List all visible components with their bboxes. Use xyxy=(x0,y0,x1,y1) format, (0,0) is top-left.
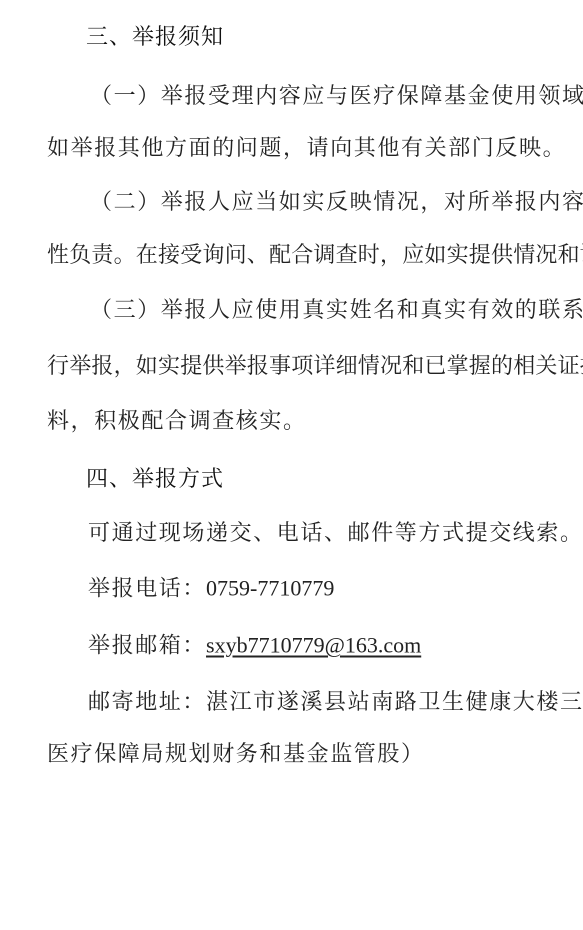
paragraph-line: 性负责。在接受询问、配合调查时，应如实提供情况和证据。 xyxy=(47,241,583,271)
phone-row: 举报电话：0759-7710779 xyxy=(88,574,334,605)
email-label: 举报邮箱： xyxy=(88,634,206,659)
paragraph-line: （二）举报人应当如实反映情况，对所举报内容的真实 xyxy=(90,188,583,218)
paragraph-line: 如举报其他方面的问题，请向其他有关部门反映。 xyxy=(47,134,566,164)
email-row: 举报邮箱：sxyb7710779@163.com xyxy=(88,631,421,662)
address-line: 邮寄地址：湛江市遂溪县站南路卫生健康大楼三楼（县 xyxy=(88,688,583,718)
section-heading-reporting-notice: 三、举报须知 xyxy=(86,23,224,53)
section-heading-reporting-methods: 四、举报方式 xyxy=(86,465,224,495)
email-link[interactable]: sxyb7710779@163.com xyxy=(206,633,421,658)
paragraph-line: （一）举报受理内容应与医疗保障基金使用领域相关。 xyxy=(90,82,583,112)
paragraph-line: 行举报，如实提供举报事项详细情况和已掌握的相关证据材 xyxy=(47,352,583,382)
phone-value: 0759-7710779 xyxy=(206,576,334,601)
methods-intro: 可通过现场递交、电话、邮件等方式提交线索。 xyxy=(88,519,583,549)
address-line: 医疗保障局规划财务和基金监管股） xyxy=(47,740,425,770)
phone-label: 举报电话： xyxy=(88,577,206,602)
paragraph-line: 料，积极配合调查核实。 xyxy=(47,407,307,437)
paragraph-line: （三）举报人应使用真实姓名和真实有效的联系方式进 xyxy=(90,296,583,326)
